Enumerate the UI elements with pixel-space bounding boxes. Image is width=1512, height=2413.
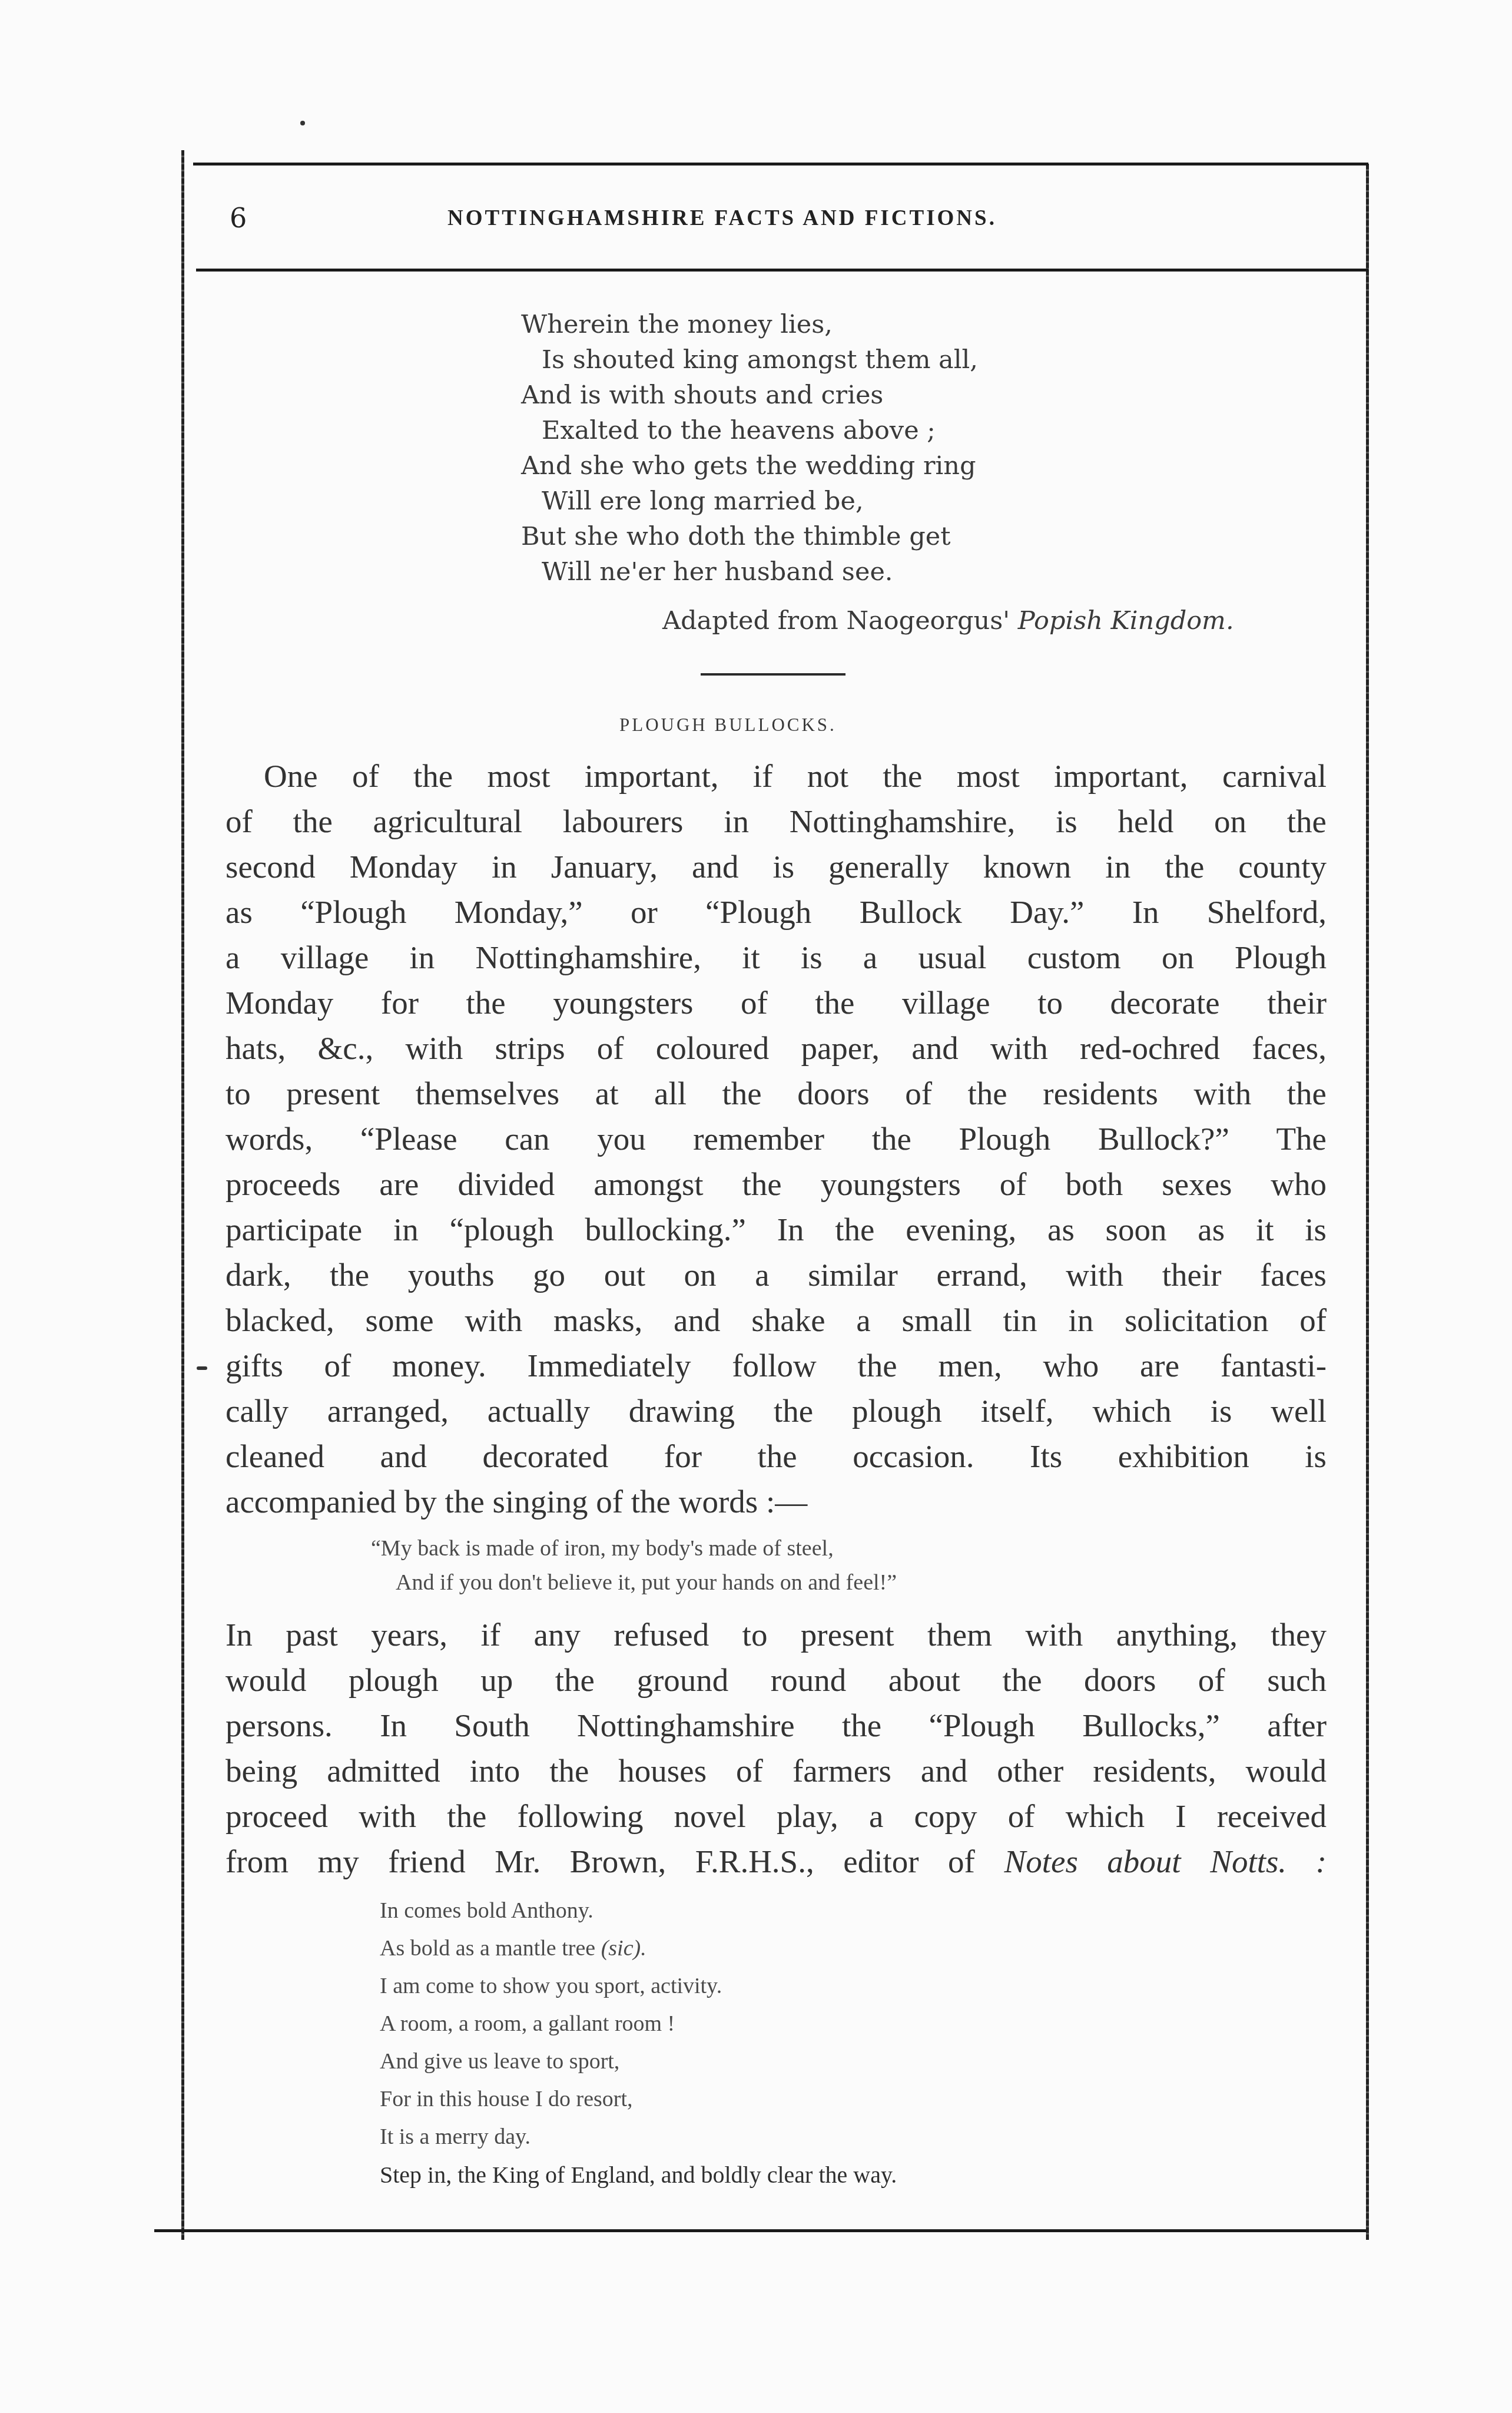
section-heading: PLOUGH BULLOCKS.: [619, 716, 837, 734]
verse-line: Exalted to the heavens above ;: [542, 418, 936, 443]
paragraph-line: to present themselves at all the doors o…: [226, 1077, 1327, 1110]
play-line: As bold as a mantle tree (sic).: [380, 1937, 646, 1959]
paragraph-line: second Monday in January, and is general…: [226, 850, 1327, 883]
verse-line: Is shouted king amongst them all,: [542, 347, 978, 373]
verse-line: Will ere long married be,: [542, 489, 864, 514]
verse-line: Will ne'er her husband see.: [542, 560, 893, 585]
play-line: Step in, the King of England, and boldly…: [380, 2163, 897, 2187]
play-line-text: As bold as a mantle tree: [380, 1936, 595, 1961]
paragraph-line: hats, &c., with strips of coloured paper…: [226, 1032, 1327, 1064]
paragraph-line: Monday for the youngsters of the village…: [226, 987, 1327, 1019]
play-line: It is a merry day.: [380, 2126, 530, 2148]
paragraph-line: persons. In South Nottinghamshire the “P…: [226, 1709, 1327, 1742]
section-separator-rule: [701, 673, 845, 676]
publication-title: Notes about Notts. :: [1004, 1843, 1327, 1879]
play-line: I am come to show you sport, activity.: [380, 1975, 722, 1997]
quote-line: “My back is made of iron, my body's made…: [371, 1537, 834, 1560]
running-head: 6 NOTTINGHAMSHIRE FACTS AND FICTIONS.: [0, 202, 1512, 237]
verse-line: And is with shouts and cries: [521, 383, 883, 408]
paragraph-line: being admitted into the houses of farmer…: [226, 1755, 1327, 1787]
stray-ink-dot: [300, 121, 305, 125]
frame-top-rule: [193, 163, 1368, 165]
paragraph-line: cleaned and decorated for the occasion. …: [226, 1440, 1327, 1472]
paragraph-line: from my friend Mr. Brown, F.R.H.S., edit…: [226, 1845, 1327, 1878]
verse-line: Wherein the money lies,: [521, 312, 833, 337]
paragraph-line: as “Plough Monday,” or “Plough Bullock D…: [226, 896, 1327, 928]
paragraph-line: words, “Please can you remember the Plou…: [226, 1123, 1327, 1155]
page-number: 6: [230, 202, 247, 234]
margin-ink-mark: [197, 1366, 207, 1370]
paragraph-line: blacked, some with masks, and shake a sm…: [226, 1304, 1327, 1336]
paragraph-line: One of the most important, if not the mo…: [264, 760, 1327, 792]
play-line: In comes bold Anthony.: [380, 1899, 593, 1922]
paragraph-line: dark, the youths go out on a similar err…: [226, 1259, 1327, 1291]
attribution-work-title: Popish Kingdom.: [1018, 606, 1234, 635]
frame-bottom-rule: [154, 2229, 1366, 2232]
quote-line: And if you don't believe it, put your ha…: [396, 1571, 897, 1594]
paragraph-line: would plough up the ground round about t…: [226, 1664, 1327, 1696]
book-page: 6 NOTTINGHAMSHIRE FACTS AND FICTIONS. Wh…: [0, 0, 1512, 2413]
attribution-source: Adapted from Naogeorgus': [662, 606, 1010, 635]
verse-line: And she who gets the wedding ring: [521, 454, 976, 479]
paragraph-line: proceeds are divided amongst the youngst…: [226, 1168, 1327, 1200]
frame-right-border: [1366, 164, 1369, 2240]
paragraph-line: participate in “plough bullocking.” In t…: [226, 1213, 1327, 1246]
header-bottom-rule: [196, 269, 1368, 272]
paragraph-line: proceed with the following novel play, a…: [226, 1800, 1327, 1832]
paragraph-line: accompanied by the singing of the words …: [226, 1485, 1327, 1518]
book-title: NOTTINGHAMSHIRE FACTS AND FICTIONS.: [447, 206, 997, 231]
paragraph-line: In past years, if any refused to present…: [226, 1618, 1327, 1651]
paragraph-line: of the agricultural labourers in Notting…: [226, 805, 1327, 838]
paragraph-line-text: from my friend Mr. Brown, F.R.H.S., edit…: [226, 1843, 975, 1879]
frame-left-border: [181, 150, 184, 2240]
play-line: And give us leave to sport,: [380, 2050, 619, 2073]
sic-annotation: (sic).: [601, 1936, 646, 1961]
play-line: A room, a room, a gallant room !: [380, 2013, 675, 2035]
paragraph-line: gifts of money. Immediately follow the m…: [226, 1349, 1327, 1382]
verse-line: But she who doth the thimble get: [521, 524, 950, 550]
paragraph-line: cally arranged, actually drawing the plo…: [226, 1395, 1327, 1427]
play-line: For in this house I do resort,: [380, 2088, 633, 2110]
paragraph-line: a village in Nottinghamshire, it is a us…: [226, 941, 1327, 974]
verse-attribution: Adapted from Naogeorgus' Popish Kingdom.: [662, 608, 1234, 634]
